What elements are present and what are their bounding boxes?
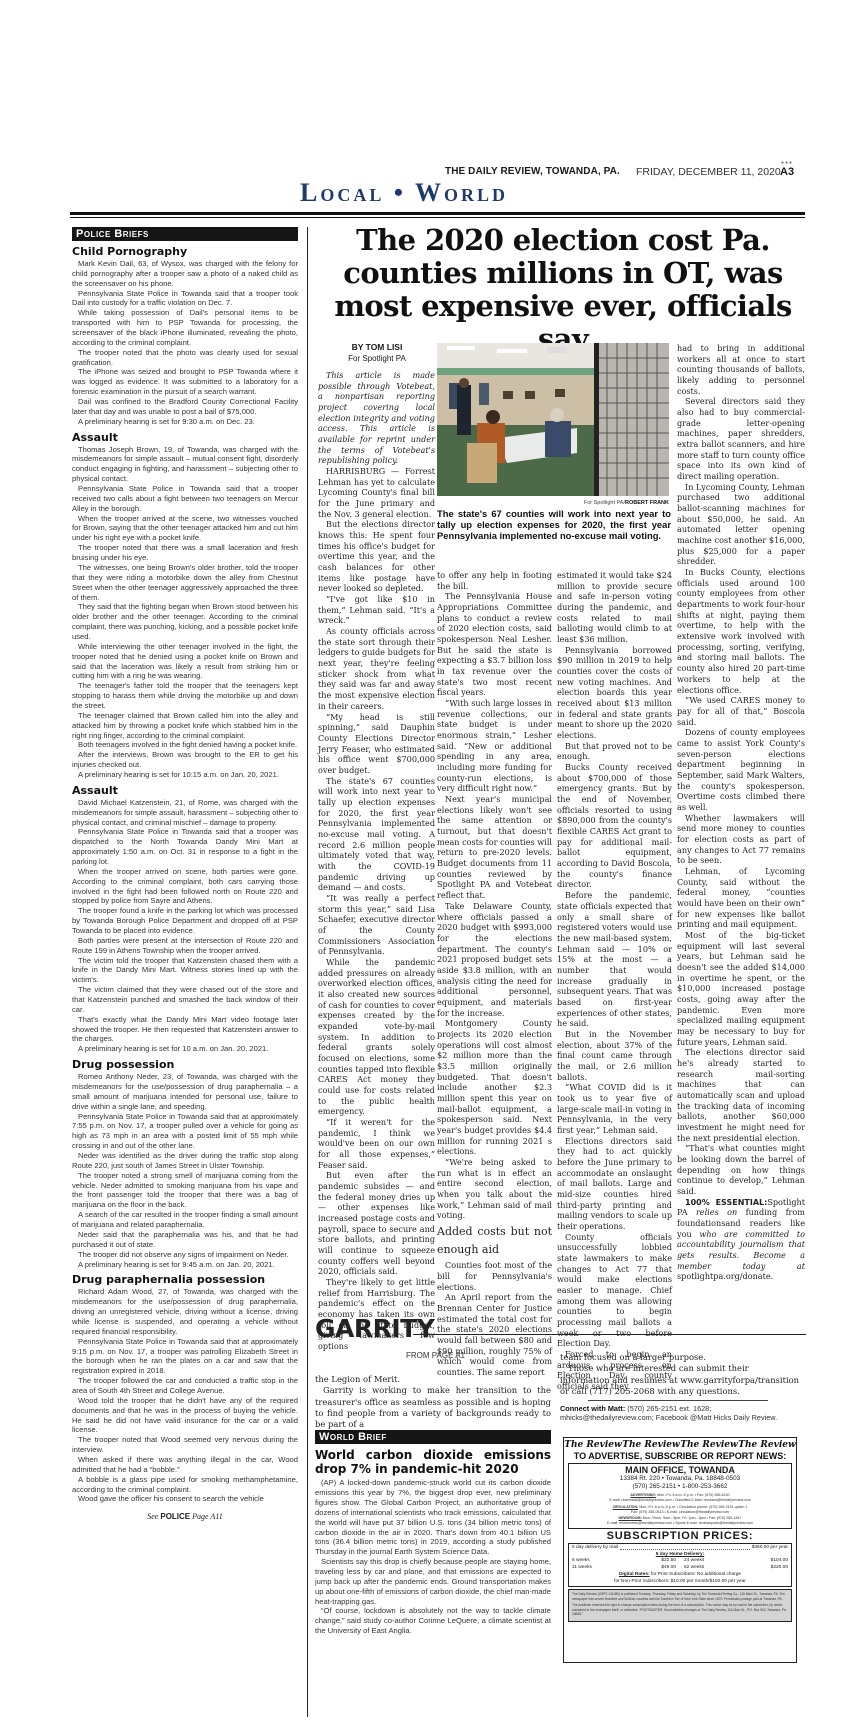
paragraph: Neder said that the paraphernalia was hi… [72,1230,298,1250]
circulation-email: Fax: (570) 265-0613 • E-mail: circulatio… [631,1510,729,1514]
column-divider [307,227,308,1717]
main-headline: The 2020 election cost Pa. counties mill… [318,224,808,356]
paragraph: The trooper found a knife in the parking… [72,906,298,936]
paragraph: The elections director said he's already… [677,1047,805,1143]
jump-keyword: POLICE [160,1512,190,1521]
circulation-hours: Mon.-Fri. 8 a.m.-5 p.m. • Circulation ph… [638,1505,747,1509]
paragraph: Several directors said they also had to … [677,396,805,481]
page-number: ●●● A3 [780,166,794,178]
publisher-statement: The Daily Review (USPS 141080) is publis… [572,1592,788,1601]
byline-org: For Spotlight PA [318,354,436,363]
story-column-4: had to bring in additional workers all a… [677,343,805,1282]
mail-delivery-price: $360.00 per year [752,1545,788,1552]
paragraph: Dozens of county employees came to assis… [677,727,805,812]
paragraph: “Of course, lockdown is absolutely not t… [315,1606,551,1636]
police-brief: Drug possessionRomeo Anthony Neder, 23, … [72,1058,298,1269]
contact-subscription-box: The ReviewThe ReviewThe ReviewThe Review… [563,1437,797,1663]
election-office-photo [437,343,669,496]
paragraph: A preliminary hearing is set for 10:15 a… [72,770,298,780]
mail-delivery-label: 5 day delivery by mail [572,1545,618,1552]
paragraph: The teenager claimed that Brown called h… [72,711,298,741]
rate-price: $220.00 [771,1565,788,1572]
review-logo: The Review [680,1440,737,1450]
paragraph: Wood told the trooper that he didn't hav… [72,1396,298,1435]
masthead-rule-thick [70,212,805,215]
paragraph: Romeo Anthony Neder, 23, of Towanda, was… [72,1072,298,1111]
paragraph: The iPhone was seized and brought to PSP… [72,367,298,397]
connect-with-matt: Connect with Matt: (570) 265-2151 ext. 1… [560,1404,800,1423]
police-brief: Child PornographyMark Kevin Dail, 63, of… [72,245,298,427]
photo-cutline: The state's 67 counties will work into n… [437,508,671,541]
paragraph: Scientists say this drop is chiefly beca… [315,1557,551,1606]
story-column-2: to offer any help in footing the bill.Th… [437,570,552,1378]
review-logo: The Review [622,1440,679,1450]
world-brief-body: (AP) A locked-down pandemic-struck world… [315,1478,551,1636]
paragraph: the Legion of Merit. [315,1374,551,1385]
paragraph: The trooper followed the car and conduct… [72,1376,298,1396]
issue-date: FRIDAY, DECEMBER 11, 2020 [636,166,781,178]
police-brief: Drug paraphernalia possessionRichard Ada… [72,1273,298,1504]
paragraph: In Lycoming County, Lehman purchased two… [677,482,805,567]
office-phones: (570) 265-2151 • 1-800-253-3662 [571,1483,789,1491]
paragraph: Neder was identified as the driver durin… [72,1151,298,1171]
paragraph: That's exactly what the Dandy Mini Mart … [72,1015,298,1045]
photo-illustration [437,343,669,496]
paragraph: “What COVID did is it took us to year fi… [557,1082,672,1135]
police-brief: AssaultThomas Joseph Brown, 19, of Towan… [72,431,298,780]
paragraph: Pennsylvania State Police in Towanda sai… [72,1112,298,1151]
paragraph: When the trooper arrived at the scene, t… [72,514,298,544]
jump-see: See [147,1512,158,1521]
from-page-label: FROM PAGE A1 [406,1351,465,1360]
newsroom-email: E-mail: reviewnews@thedailyreview.com • … [607,1521,753,1525]
paper-name: THE DAILY REVIEW, TOWANDA, PA. [445,166,620,177]
paragraph: A preliminary hearing is set for 10 a.m.… [72,1044,298,1054]
paragraph: The trooper noted that the photo was cle… [72,348,298,368]
world-brief-column: World Brief World carbon dioxide emissio… [315,1430,551,1636]
police-brief: AssaultDavid Michael Katzenstein, 21, of… [72,784,298,1054]
paragraph: While interviewing the other teenager in… [72,642,298,681]
review-logos: The ReviewThe ReviewThe ReviewThe Review [564,1440,796,1450]
paragraph: A preliminary hearing is set for 9:45 a.… [72,1260,298,1270]
story-subhead: Added costs but not enough aid [437,1223,552,1258]
subscription-prices-title: SUBSCRIPTION PRICES: [564,1530,796,1542]
rates-row-2: 11 weeks$49.00 52 weeks$220.00 [572,1565,788,1572]
review-logo: The Review [738,1440,795,1450]
digital-rates: Digital Rates: for Print Subscribers: No… [572,1572,788,1579]
paragraph: The trooper noted a strong smell of mari… [72,1171,298,1210]
circulation-label: CIRCULATION: [613,1505,639,1509]
paragraph: The victim told the trooper that Katzens… [72,956,298,986]
newsroom-label: NEWSROOM: [619,1516,642,1520]
rate-term: 52 weeks [684,1565,704,1572]
paragraph: The witnesses, one being Brown's older b… [72,563,298,602]
paragraph: Pennsylvania borrowed $90 million in 201… [557,645,672,741]
home-delivery-heading: 5 day Home Delivery: [572,1552,788,1559]
paragraph: Take Delaware County, where officials pa… [437,901,552,1018]
paragraph: But even after the pandemic subsides — a… [318,1170,435,1277]
brief-heading: Drug possession [72,1058,298,1071]
paragraph: The Pennsylvania House Appropriations Co… [437,591,552,698]
paragraph: When the trooper arrived on scene, both … [72,867,298,906]
paragraph: A bobble is a glass pipe used for smokin… [72,1475,298,1495]
paragraph: The victim claimed that they were chased… [72,985,298,1015]
paragraph: Before the pandemic, state officials exp… [557,890,672,1029]
paragraph: Mark Kevin Dail, 63, of Wysox, was charg… [72,259,298,289]
review-logo: The Review [564,1440,621,1450]
brief-heading: Drug paraphernalia possession [72,1273,298,1286]
postmaster-notice: The publisher reserves the right to chan… [572,1603,788,1616]
digital-rates-label: Digital Rates: [619,1572,650,1577]
paragraph: Next year's municipal elections likely w… [437,794,552,901]
photo-credit-name: ROBERT FRANK [625,500,669,506]
byline-author: BY TOM LISI [318,342,436,352]
paragraph: Counties foot most of the bill for Penns… [437,1260,552,1292]
paragraph: estimated it would take $24 million to p… [557,570,672,645]
paragraph: to offer any help in footing the bill. [437,570,552,591]
paragraph: Pennsylvania State Police in Towanda sai… [72,827,298,866]
paragraph: Bucks County received about $700,000 of … [557,762,672,890]
publisher-notice: The Daily Review (USPS 141080) is publis… [568,1589,792,1621]
paragraph: Lehman, of Lycoming County, said without… [677,866,805,930]
paragraph: Pennsylvania State Police in Towanda sai… [72,1337,298,1376]
paragraph: County officials unsuccessfully lobbied … [557,1232,672,1349]
mail-delivery-row: 5 day delivery by mail$360.00 per year [572,1545,788,1552]
garrity-column-left: the Legion of Merit.Garrity is working t… [315,1374,551,1431]
story-column-1: This article is made possible through Vo… [318,370,435,1352]
paragraph: The teenager's father told the trooper t… [72,681,298,711]
paragraph: Whether lawmakers will send more money t… [677,813,805,866]
advertising-label: ADVERTISING: [630,1493,656,1497]
paragraph: “We're being asked to run what is in eff… [437,1157,552,1221]
office-address: 13384 Rt. 220 • Towanda, Pa. 18848-0503 [571,1475,789,1483]
police-jump-line[interactable]: See POLICE Page A11 [72,1512,298,1521]
paragraph: When asked if there was anything illegal… [72,1455,298,1475]
spotlight-promo: 100% ESSENTIAL:Spotlight PA relies on fu… [677,1197,805,1282]
brief-heading: Child Pornography [72,245,298,258]
promo-text-e: spotlightpa.org/donate. [677,1271,773,1281]
paragraph: team focused on a larger purpose. [560,1352,800,1363]
advertising-hours: Mon.-Fri. 8 a.m.-5 p.m. • Fax: (570) 265… [656,1493,729,1497]
police-briefs-list: Child PornographyMark Kevin Dail, 63, of… [72,245,298,1504]
page-dots-icon: ●●● [781,160,793,166]
paragraph: “If it weren't for the pandemic, I think… [318,1117,435,1170]
garrity-jump-heading: GARRITY [315,1314,434,1343]
garrity-rule [413,1334,806,1335]
paragraph: The trooper did not observe any signs of… [72,1250,298,1260]
paragraph: “That's what counties might be looking d… [677,1143,805,1196]
paragraph: The trooper noted that there was a small… [72,543,298,563]
advertising-email: E-mail: reviewads@thedailyreview.com • C… [609,1498,751,1502]
paragraph: Those who are interested can submit thei… [560,1363,800,1397]
paragraph: Pennsylvania State Police in Towanda sai… [72,289,298,309]
connect-rule [588,1400,768,1401]
paragraph: After the interviews, Brown was brought … [72,750,298,770]
world-brief-headline: World carbon dioxide emissions drop 7% i… [315,1448,551,1476]
paragraph: Most of the big-ticket equipment will la… [677,930,805,1047]
info-box-title: TO ADVERTISE, SUBSCRIBE OR REPORT NEWS: [564,1451,796,1461]
page-number-label: A3 [780,166,794,178]
home-delivery-label: 5 day Home Delivery: [656,1552,705,1557]
paragraph: But that proved not to be enough. [557,741,672,762]
world-brief-header: World Brief [315,1430,551,1444]
police-briefs-column: Police Briefs Child PornographyMark Kevi… [72,227,298,1521]
advertising-info: ADVERTISING: Mon.-Fri. 8 a.m.-5 p.m. • F… [571,1493,789,1503]
masthead-rule-thin [70,217,805,218]
newsroom-hours: Mon.-Thurs. 9am - 5pm; Fri. 1pm - 5pm • … [642,1516,742,1520]
office-name: MAIN OFFICE, TOWANDA [571,1465,789,1475]
main-office-box: MAIN OFFICE, TOWANDA 13384 Rt. 220 • Tow… [568,1463,792,1529]
paragraph: This article is made possible through Vo… [318,370,435,466]
paragraph: Montgomery County projects its 2020 elec… [437,1018,552,1157]
rate-term: 11 weeks [572,1565,592,1572]
promo-label: 100% ESSENTIAL: [685,1198,767,1207]
section-title: Local • World [300,178,508,208]
police-briefs-header: Police Briefs [72,227,298,241]
paragraph: Richard Adam Wood, 27, of Towanda, was c… [72,1287,298,1336]
garrity-column-right: team focused on a larger purpose.Those w… [560,1352,800,1397]
paragraph: While the pandemic added pressures on al… [318,957,435,1117]
paragraph: Elections directors said they had to act… [557,1136,672,1232]
connect-label: Connect with Matt: [560,1404,625,1413]
paragraph: Garrity is working to make her transitio… [315,1385,551,1430]
rates-row-1: 5 weeks$22.50 24 weeks$104.00 [572,1558,788,1565]
paragraph: They said that the fighting began when B… [72,602,298,641]
paragraph: Both teenagers involved in the fight den… [72,740,298,750]
paragraph: “It was really a perfect storm this year… [318,893,435,957]
newsroom-info: NEWSROOM: Mon.-Thurs. 9am - 5pm; Fri. 1p… [571,1516,789,1526]
paragraph: In Bucks County, elections officials use… [677,567,805,695]
paragraph: As county officials across the state sor… [318,626,435,711]
paragraph: Pennsylvania State Police in Towanda sai… [72,484,298,514]
story-column-3: estimated it would take $24 million to p… [557,570,672,1392]
paragraph: The state's 67 counties will work into n… [318,776,435,893]
paragraph: “I've got like $10 in them,” Lehman said… [318,594,435,626]
brief-heading: Assault [72,784,298,797]
paragraph: had to bring in additional workers all a… [677,343,805,396]
brief-heading: Assault [72,431,298,444]
circulation-info: CIRCULATION: Mon.-Fri. 8 a.m.-5 p.m. • C… [571,1505,789,1515]
paragraph: A search of the car resulted in the troo… [72,1210,298,1230]
digital-rates-print: for Print Subscribers: No additional cha… [650,1572,741,1577]
paragraph: (AP) A locked-down pandemic-struck world… [315,1478,551,1557]
paragraph: But in the November election, about 37% … [557,1029,672,1082]
paragraph: Thomas Joseph Brown, 19, of Towanda, was… [72,445,298,484]
paragraph: “With such large losses in revenue colle… [437,698,552,794]
byline: BY TOM LISI For Spotlight PA [318,342,436,363]
paragraph: David Michael Katzenstein, 21, of Rome, … [72,798,298,828]
subscription-prices-box: 5 day delivery by mail$360.00 per year 5… [568,1543,792,1587]
paragraph: But the elections director knows this: H… [318,519,435,594]
paragraph: “We used CARES money to pay for all of t… [677,695,805,727]
photo-credit: For Spotlight PA/ROBERT FRANK [437,500,669,506]
paragraph: “My head is still spinning,” said Dauphi… [318,712,435,776]
paragraph: Both parties were present at the interse… [72,936,298,956]
paragraph: The trooper noted that Wood seemed very … [72,1435,298,1455]
jump-page: Page A11 [192,1512,223,1521]
paragraph: A preliminary hearing is set for 9:30 a.… [72,417,298,427]
digital-nonprint: for Non-Print Subscribers: $10.00 per mo… [572,1579,788,1586]
paragraph: Dail was confined to the Bradford County… [72,397,298,417]
promo-text-b: relies on [696,1207,737,1217]
rate-price: $49.00 [661,1565,676,1572]
photo-credit-prefix: For Spotlight PA/ [584,500,625,506]
paragraph: While taking possession of Dail's person… [72,308,298,347]
paragraph: Wood gave the officer his consent to sea… [72,1494,298,1504]
paragraph: HARRISBURG — Forrest Lehman has yet to c… [318,466,435,519]
